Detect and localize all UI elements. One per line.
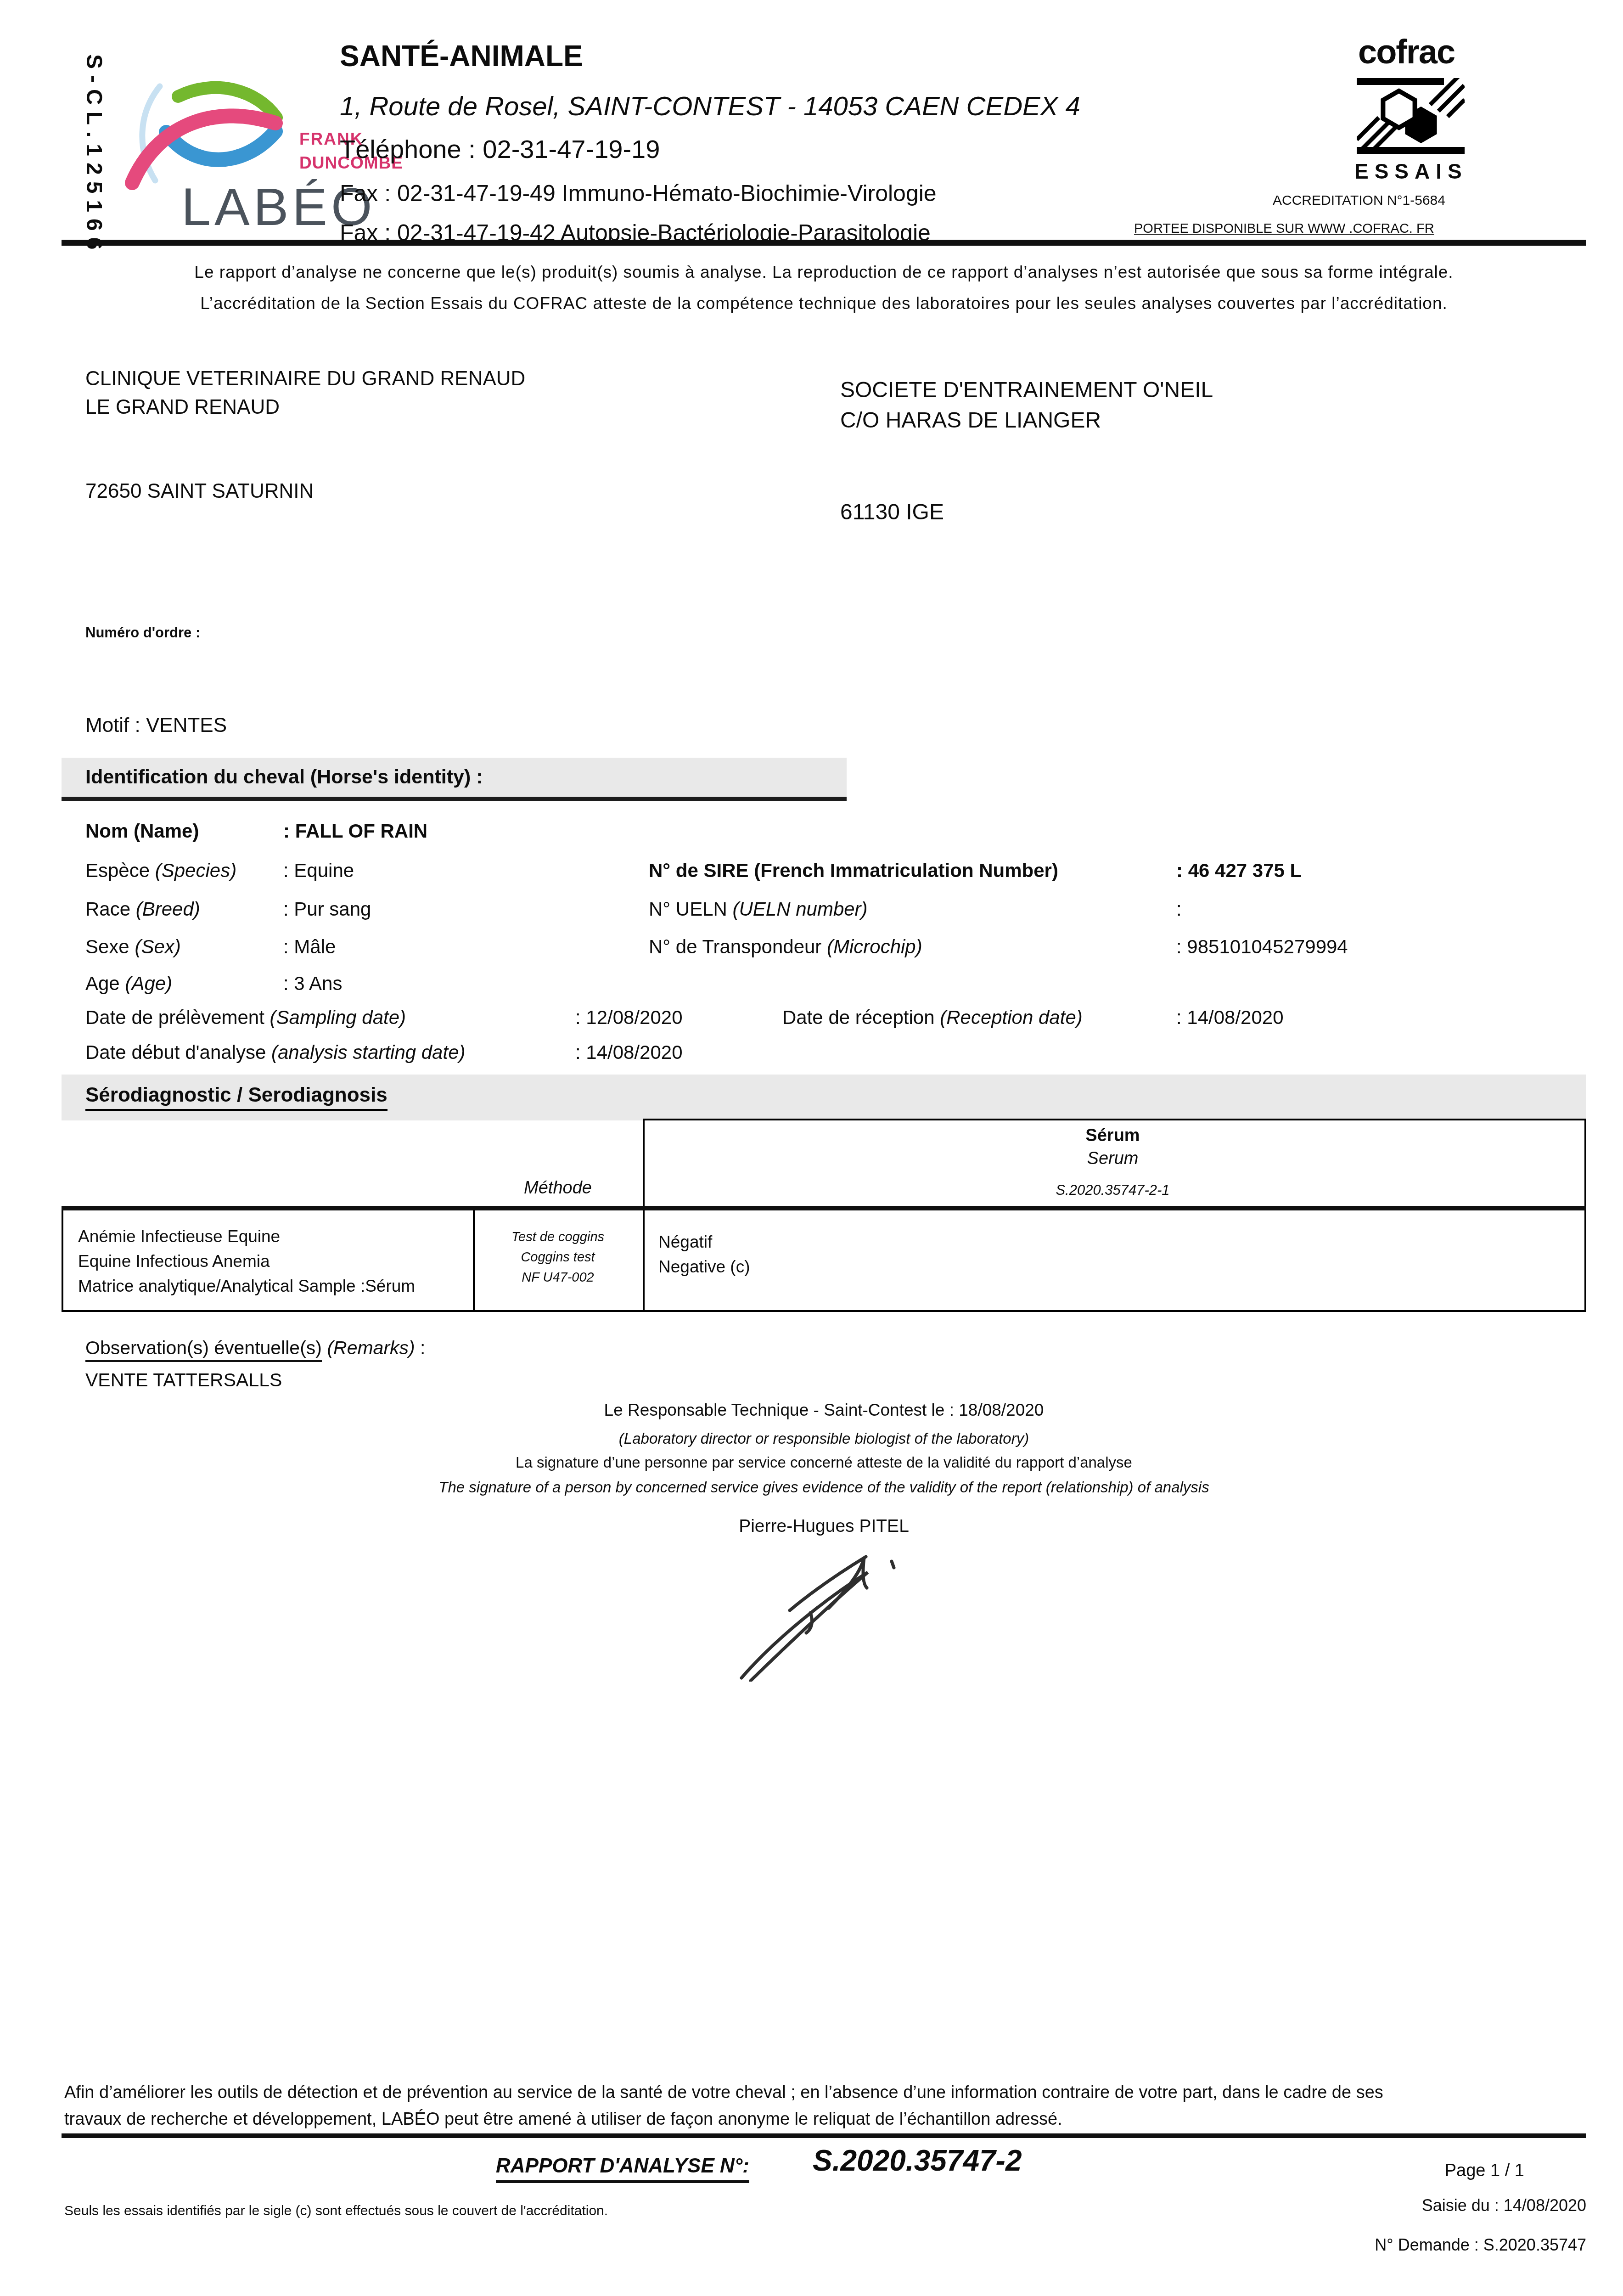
breed-label-fr: Race: [85, 898, 136, 920]
result-value-fr: Négatif: [658, 1232, 712, 1252]
ueln-value: :: [1176, 898, 1182, 920]
lab-address: 1, Route de Rosel, SAINT-CONTEST - 14053…: [340, 91, 1080, 122]
method-column-header: Méthode: [473, 1178, 643, 1198]
signoff-line-2: (Laboratory director or responsible biol…: [62, 1430, 1586, 1447]
sire-number-label: N° de SIRE (French Immatriculation Numbe…: [649, 860, 1058, 882]
recipient-company-name: SOCIETE D'ENTRAINEMENT O'NEIL: [840, 377, 1213, 403]
cofrac-portee-link: PORTEE DISPONIBLE SUR WWW .COFRAC. FR: [1134, 221, 1434, 236]
analysis-matrix: Matrice analytique/Analytical Sample :Sé…: [78, 1277, 415, 1296]
lab-phone: Téléphone : 02-31-47-19-19: [340, 134, 660, 164]
sampling-date-value: : 12/08/2020: [575, 1007, 683, 1029]
sampling-date-label-en: (Sampling date): [270, 1007, 406, 1028]
sender-clinic-line-2: LE GRAND RENAUD: [85, 396, 280, 419]
report-number-label: RAPPORT D'ANALYSE N°:: [496, 2155, 749, 2183]
disclaimer-line-1: Le rapport d’analyse ne concerne que le(…: [62, 263, 1586, 282]
document-side-code: S-CL.125166: [81, 54, 107, 256]
cofrac-essais-text: ESSAIS: [1354, 159, 1468, 184]
disclaimer-line-2: L’accréditation de la Section Essais du …: [62, 294, 1586, 313]
entry-date: Saisie du : 14/08/2020: [1194, 2196, 1586, 2215]
result-row-box: [62, 1210, 1586, 1312]
remarks-value: VENTE TATTERSALLS: [85, 1369, 282, 1391]
breed-label-en: (Breed): [136, 898, 200, 920]
microchip-label: N° de Transpondeur (Microchip): [649, 936, 922, 958]
ueln-label: N° UELN (UELN number): [649, 898, 868, 920]
cofrac-emblem-icon: [1357, 78, 1465, 154]
lab-fax-1: Fax : 02-31-47-19-49 Immuno-Hémato-Bioch…: [340, 180, 937, 207]
species-label-en: (Species): [155, 860, 236, 881]
sex-label: Sexe (Sex): [85, 936, 181, 958]
request-number: N° Demande : S.2020.35747: [1194, 2235, 1586, 2255]
species-label-fr: Espèce: [85, 860, 155, 881]
serodiagnosis-banner-title: Sérodiagnostic / Serodiagnosis: [85, 1084, 387, 1111]
method-standard: NF U47-002: [473, 1270, 643, 1285]
serum-column-title-en: Serum: [643, 1149, 1583, 1169]
ueln-label-fr: N° UELN: [649, 898, 733, 920]
sender-clinic-city: 72650 SAINT SATURNIN: [85, 480, 314, 503]
breed-label: Race (Breed): [85, 898, 200, 920]
reception-date-label: Date de réception (Reception date): [782, 1007, 1083, 1029]
sampling-date-label-fr: Date de prélèvement: [85, 1007, 270, 1028]
analysis-start-label-en: (analysis starting date): [271, 1041, 466, 1063]
method-name-fr: Test de coggins: [473, 1230, 643, 1245]
table-header-divider: [62, 1206, 1586, 1210]
reception-date-value: : 14/08/2020: [1176, 1007, 1284, 1029]
species-value: : Equine: [283, 860, 354, 882]
research-notice-line-1: Afin d’améliorer les outils de détection…: [64, 2083, 1383, 2103]
age-value: : 3 Ans: [283, 973, 342, 995]
lab-department-title: SANTÉ-ANIMALE: [340, 39, 583, 73]
motif-line: Motif : VENTES: [85, 714, 227, 737]
reception-date-label-en: (Reception date): [940, 1007, 1083, 1028]
analysis-report-page: S-CL.125166 FRANK DUNCOMBE LABÉO SANTÉ-A…: [0, 0, 1623, 2296]
microchip-label-en: (Microchip): [827, 936, 922, 957]
identity-banner-title: Identification du cheval (Horse's identi…: [62, 766, 483, 788]
age-label: Age (Age): [85, 973, 172, 995]
analysis-start-label-fr: Date début d'analyse: [85, 1041, 271, 1063]
header-divider: [62, 240, 1586, 246]
analysis-name-fr: Anémie Infectieuse Equine: [78, 1227, 280, 1246]
handwritten-signature: [716, 1535, 927, 1682]
cofrac-logo-text: cofrac: [1358, 32, 1455, 71]
method-name-en: Coggins test: [473, 1250, 643, 1265]
analysis-start-label: Date début d'analyse (analysis starting …: [85, 1041, 466, 1064]
result-value-en: Negative (c): [658, 1257, 750, 1277]
remarks-label-fr: Observation(s) éventuelle(s): [85, 1337, 322, 1362]
page-indicator: Page 1 / 1: [1368, 2161, 1524, 2181]
report-number-label-text: RAPPORT D'ANALYSE N°:: [496, 2155, 749, 2183]
ueln-label-en: (UELN number): [733, 898, 868, 920]
accreditation-footnote: Seuls les essais identifiés par le sigle…: [64, 2203, 608, 2219]
sex-value: : Mâle: [283, 936, 336, 958]
signer-name: Pierre-Hugues PITEL: [62, 1516, 1586, 1536]
research-notice-line-2: travaux de recherche et développement, L…: [64, 2110, 1062, 2129]
sex-label-fr: Sexe: [85, 936, 135, 957]
sire-number-value: : 46 427 375 L: [1176, 860, 1302, 882]
cofrac-accreditation-number: ACCREDITATION N°1-5684: [1273, 193, 1445, 208]
microchip-label-fr: N° de Transpondeur: [649, 936, 827, 957]
microchip-value: : 985101045279994: [1176, 936, 1348, 958]
signoff-line-4: The signature of a person by concerned s…: [62, 1479, 1586, 1496]
horse-name-label: Nom (Name): [85, 820, 199, 842]
breed-value: : Pur sang: [283, 898, 371, 920]
recipient-company-city: 61130 IGE: [840, 500, 944, 525]
serum-column-title-fr: Sérum: [643, 1126, 1583, 1146]
sex-label-en: (Sex): [135, 936, 180, 957]
sampling-date-label: Date de prélèvement (Sampling date): [85, 1007, 406, 1029]
order-number-label: Numéro d'ordre :: [85, 625, 200, 641]
table-separator-2: [643, 1210, 645, 1310]
analysis-start-value: : 14/08/2020: [575, 1041, 683, 1064]
horse-name-value: : FALL OF RAIN: [283, 820, 427, 842]
signoff-line-3: La signature d’une personne par service …: [62, 1454, 1586, 1471]
sample-id: S.2020.35747-2-1: [643, 1182, 1583, 1199]
report-number-value: S.2020.35747-2: [813, 2144, 1022, 2178]
footer-divider: [62, 2133, 1586, 2138]
remarks-label-en: (Remarks): [322, 1337, 415, 1358]
identity-section-banner: Identification du cheval (Horse's identi…: [62, 758, 847, 801]
serodiagnosis-section-banner: Sérodiagnostic / Serodiagnosis: [62, 1075, 1586, 1120]
signoff-line-1: Le Responsable Technique - Saint-Contest…: [62, 1401, 1586, 1420]
age-label-fr: Age: [85, 973, 125, 994]
reception-date-label-fr: Date de réception: [782, 1007, 940, 1028]
recipient-company-line-2: C/O HARAS DE LIANGER: [840, 408, 1101, 433]
analysis-name-en: Equine Infectious Anemia: [78, 1252, 270, 1271]
species-label: Espèce (Species): [85, 860, 236, 882]
sender-clinic-name: CLINIQUE VETERINAIRE DU GRAND RENAUD: [85, 367, 525, 390]
remarks-label-colon: :: [415, 1337, 426, 1358]
age-label-en: (Age): [125, 973, 172, 994]
remarks-label: Observation(s) éventuelle(s) (Remarks) :: [85, 1337, 426, 1362]
